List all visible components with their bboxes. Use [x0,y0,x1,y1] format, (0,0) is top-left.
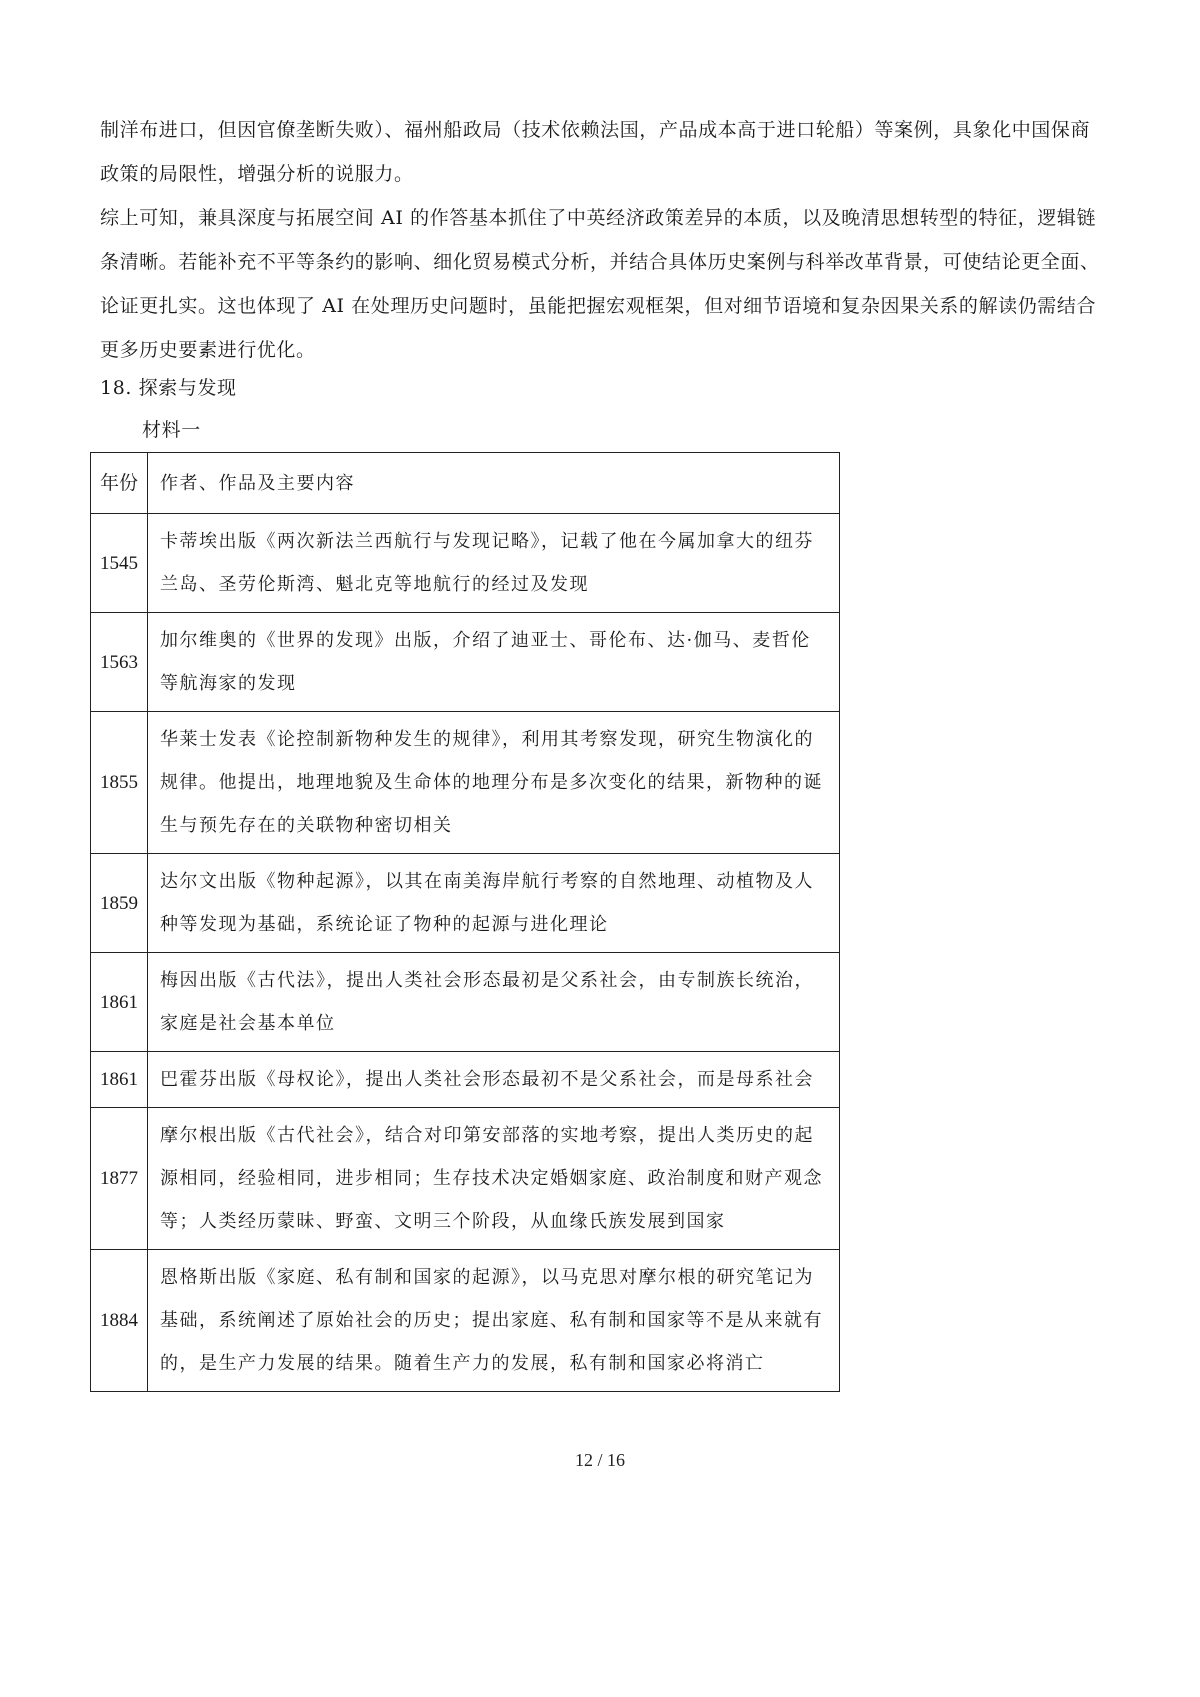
row-year: 1859 [91,854,148,953]
row-year: 1855 [91,712,148,854]
row-year: 1861 [91,1052,148,1108]
row-content: 巴霍芬出版《母权论》，提出人类社会形态最初不是父系社会，而是母系社会 [148,1052,840,1108]
question-heading: 18. 探索与发现 [100,366,237,410]
row-content: 摩尔根出版《古代社会》，结合对印第安部落的实地考察，提出人类历史的起源相同，经验… [148,1108,840,1250]
row-content: 卡蒂埃出版《两次新法兰西航行与发现记略》，记载了他在今属加拿大的纽芬兰岛、圣劳伦… [148,514,840,613]
paragraph: 制洋布进口，但因官僚垄断失败）、福州船政局（技术依赖法国，产品成本高于进口轮船）… [100,108,1100,196]
header-year: 年份 [91,453,148,514]
material-label: 材料一 [142,408,201,452]
page-number: 12 / 16 [0,1450,1200,1471]
table-row: 1859 达尔文出版《物种起源》，以其在南美海岸航行考察的自然地理、动植物及人种… [91,854,840,953]
table-header-row: 年份 作者、作品及主要内容 [91,453,840,514]
row-year: 1563 [91,613,148,712]
header-content: 作者、作品及主要内容 [148,453,840,514]
prose-section: 制洋布进口，但因官僚垄断失败）、福州船政局（技术依赖法国，产品成本高于进口轮船）… [100,108,1100,372]
row-year: 1884 [91,1250,148,1392]
row-content: 华莱士发表《论控制新物种发生的规律》，利用其考察发现，研究生物演化的规律。他提出… [148,712,840,854]
table-row: 1877 摩尔根出版《古代社会》，结合对印第安部落的实地考察，提出人类历史的起源… [91,1108,840,1250]
table-row: 1861 巴霍芬出版《母权论》，提出人类社会形态最初不是父系社会，而是母系社会 [91,1052,840,1108]
table-row: 1563 加尔维奥的《世界的发现》出版，介绍了迪亚士、哥伦布、达·伽马、麦哲伦等… [91,613,840,712]
table-row: 1545 卡蒂埃出版《两次新法兰西航行与发现记略》，记载了他在今属加拿大的纽芬兰… [91,514,840,613]
paragraph: 综上可知，兼具深度与拓展空间 AI 的作答基本抓住了中英经济政策差异的本质，以及… [100,196,1100,372]
materials-table: 年份 作者、作品及主要内容 1545 卡蒂埃出版《两次新法兰西航行与发现记略》，… [90,452,840,1392]
table-row: 1855 华莱士发表《论控制新物种发生的规律》，利用其考察发现，研究生物演化的规… [91,712,840,854]
row-year: 1877 [91,1108,148,1250]
table-row: 1861 梅因出版《古代法》，提出人类社会形态最初是父系社会，由专制族长统治，家… [91,953,840,1052]
row-year: 1545 [91,514,148,613]
table-row: 1884 恩格斯出版《家庭、私有制和国家的起源》，以马克思对摩尔根的研究笔记为基… [91,1250,840,1392]
row-year: 1861 [91,953,148,1052]
document-page: 制洋布进口，但因官僚垄断失败）、福州船政局（技术依赖法国，产品成本高于进口轮船）… [0,0,1200,1697]
row-content: 恩格斯出版《家庭、私有制和国家的起源》，以马克思对摩尔根的研究笔记为基础，系统阐… [148,1250,840,1392]
row-content: 达尔文出版《物种起源》，以其在南美海岸航行考察的自然地理、动植物及人种等发现为基… [148,854,840,953]
row-content: 加尔维奥的《世界的发现》出版，介绍了迪亚士、哥伦布、达·伽马、麦哲伦等航海家的发… [148,613,840,712]
row-content: 梅因出版《古代法》，提出人类社会形态最初是父系社会，由专制族长统治，家庭是社会基… [148,953,840,1052]
